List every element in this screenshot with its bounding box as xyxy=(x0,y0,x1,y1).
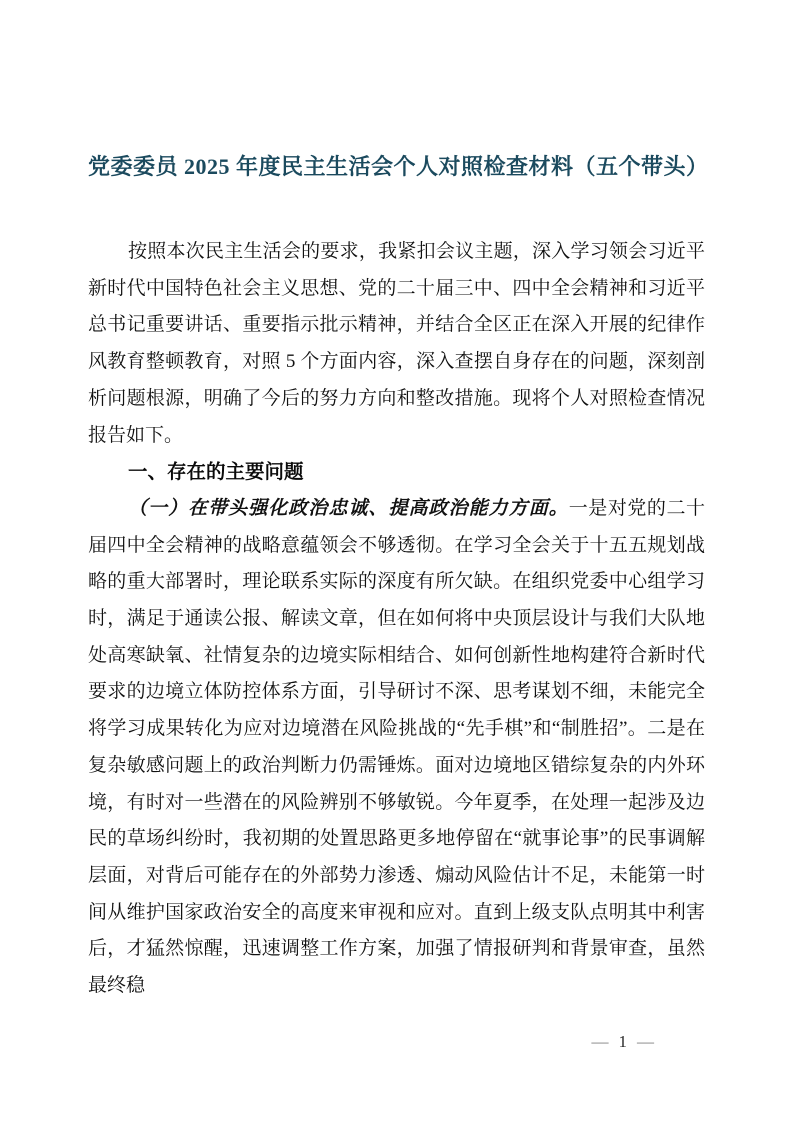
page-number: —1— xyxy=(586,1032,661,1052)
page-number-left-dash: — xyxy=(586,1032,615,1051)
item1-body-text: 一是对党的二十届四中全会精神的战略意蕴领会不够透彻。在学习全会关于十五五规划战略… xyxy=(88,498,705,996)
item1-lead-sentence: （一）在带头强化政治忠诚、提高政治能力方面。 xyxy=(128,498,569,519)
page-number-value: 1 xyxy=(615,1032,632,1051)
page-number-right-dash: — xyxy=(631,1032,660,1051)
section1-item1-paragraph: （一）在带头强化政治忠诚、提高政治能力方面。一是对党的二十届四中全会精神的战略意… xyxy=(88,491,705,1005)
document-page: 党委委员 2025 年度民主生活会个人对照检查材料（五个带头） 按照本次民主生活… xyxy=(0,0,793,1122)
document-content: 党委委员 2025 年度民主生活会个人对照检查材料（五个带头） 按照本次民主生活… xyxy=(88,149,705,1005)
intro-paragraph: 按照本次民主生活会的要求，我紧扣会议主题，深入学习领会习近平新时代中国特色社会主… xyxy=(88,234,705,454)
document-title: 党委委员 2025 年度民主生活会个人对照检查材料（五个带头） xyxy=(88,149,705,185)
section-heading-main-problems: 一、存在的主要问题 xyxy=(88,454,705,491)
